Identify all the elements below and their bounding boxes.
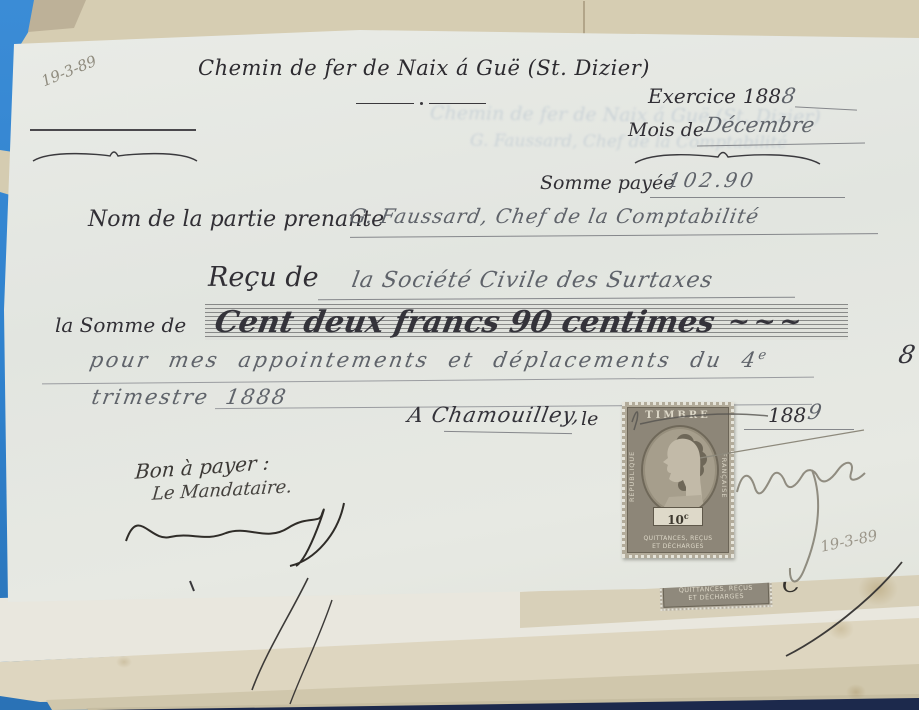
recu-underline [318, 297, 795, 300]
place-underline [444, 431, 572, 434]
somme-label: la Somme de [55, 313, 186, 337]
stamp-bottom-line2: ET DÉCHARGES [628, 543, 728, 551]
stamp-right-text: FRANÇAISE [719, 428, 728, 524]
exercice-label: Exercice [648, 84, 736, 108]
exercice-year-written: 8 [780, 84, 798, 108]
partie-prenante-label: Nom de la partie prenante [88, 207, 384, 232]
somme-payee-underline [650, 197, 845, 198]
le-label: le [581, 408, 598, 430]
pencil-note-top-left: 19-3-89 [39, 52, 99, 90]
somme-flourish: ~~~ [712, 307, 809, 337]
partie-prenante-underline [350, 233, 878, 238]
pencil-note-bottom-right: 19-3-89 [819, 526, 879, 556]
somme-payee-value: 102.90 [666, 168, 758, 192]
motif-line1: pour mes appointements et déplacements d… [88, 348, 770, 372]
year-written: 9 [806, 400, 824, 424]
left-field-line [30, 129, 196, 131]
partie-prenante-value: G. Faussard, Chef de la Comptabilité [348, 204, 761, 228]
recu-value: la Société Civile des Surtaxes [350, 268, 715, 293]
mois-value: Décembre [703, 113, 817, 137]
ceres-profile-icon [643, 427, 713, 509]
stamp-header: TIMBRE [628, 410, 728, 421]
stamp-value: 10c [653, 507, 703, 526]
year-printed: 188 [768, 403, 806, 427]
exercice-year-printed: 188 [743, 84, 781, 108]
somme-band: Cent deux francs 90 centimes ~~~ [205, 304, 848, 340]
stamp-left-text: RÉPUBLIQUE [628, 428, 637, 524]
stamp-value-unit: c [684, 511, 689, 521]
recu-label: Reçu de [208, 262, 319, 293]
somme-value: Cent deux francs 90 centimes [202, 305, 717, 340]
stamp-oval [641, 425, 719, 515]
place-value: A Chamouilley, [406, 403, 583, 427]
motif-line2: trimestre 1888 [90, 385, 290, 409]
mois-label: Mois de [628, 119, 704, 141]
document-title: Chemin de fer de Naix á Guë (St. Dizier) [198, 56, 622, 80]
revenue-stamp: TIMBRE RÉPUBLIQUE FRANÇAISE 10c QUITTANC… [622, 402, 734, 558]
motif-line1-sup: e [757, 348, 770, 363]
motif-underline-1 [42, 377, 814, 385]
stamp-bottom-line1: QUITTANCES, REÇUS [628, 535, 728, 543]
date-underline [744, 429, 854, 430]
stamp-value-number: 10 [667, 513, 684, 527]
motif-line1-text: pour mes appointements et déplacements d… [88, 348, 760, 372]
photo-surface: QUITTANCES, REÇUS ET DÉCHARGES C 19-3-89… [0, 0, 919, 710]
somme-payee-label: Somme payée [540, 172, 674, 194]
edge-ink-fragment: 8 [896, 340, 917, 369]
